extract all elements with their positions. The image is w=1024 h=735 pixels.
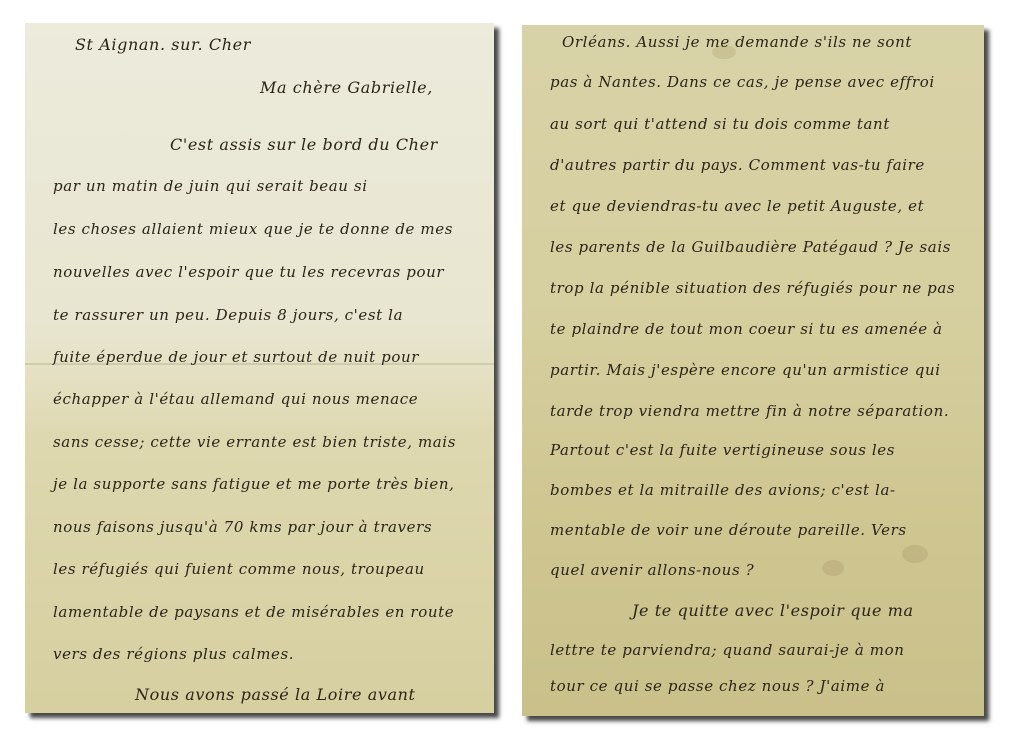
text-line: tarde trop viendra mettre fin à notre sé…: [550, 402, 966, 420]
text-line: trop la pénible situation des réfugiés p…: [550, 279, 966, 297]
text-line: au sort qui t'attend si tu dois comme ta…: [550, 115, 966, 133]
letter-page-1: St Aignan. sur. Cher Ma chère Gabrielle,…: [25, 23, 494, 713]
letter-salutation: Ma chère Gabrielle,: [260, 78, 476, 97]
page-1-text: St Aignan. sur. Cher Ma chère Gabrielle,…: [25, 23, 494, 713]
text-line: je la supporte sans fatigue et me porte …: [53, 475, 476, 493]
letter-page-2: Orléans. Aussi je me demande s'ils ne so…: [522, 25, 984, 716]
text-line: vers des régions plus calmes.: [53, 645, 476, 663]
text-line: bombes et la mitraille des avions; c'est…: [550, 481, 966, 499]
text-line: nous faisons jusqu'à 70 kms par jour à t…: [53, 518, 476, 536]
text-line: pas à Nantes. Dans ce cas, je pense avec…: [550, 73, 966, 91]
text-line: fuite éperdue de jour et surtout de nuit…: [53, 348, 476, 366]
text-line: Je te quitte avec l'espoir que ma: [632, 601, 966, 620]
text-line: sans cesse; cette vie errante est bien t…: [53, 433, 476, 451]
text-line: mentable de voir une déroute pareille. V…: [550, 521, 966, 539]
text-line: C'est assis sur le bord du Cher: [170, 135, 476, 154]
text-line: les choses allaient mieux que je te donn…: [53, 220, 476, 238]
text-line: d'autres partir du pays. Comment vas-tu …: [550, 156, 966, 174]
text-line: Orléans. Aussi je me demande s'ils ne so…: [562, 33, 966, 51]
text-line: te rassurer un peu. Depuis 8 jours, c'es…: [53, 306, 476, 324]
text-line: te plaindre de tout mon coeur si tu es a…: [550, 320, 966, 338]
text-line: les réfugiés qui fuient comme nous, trou…: [53, 560, 476, 578]
text-line: les parents de la Guilbaudière Patégaud …: [550, 238, 966, 256]
page-2-text: Orléans. Aussi je me demande s'ils ne so…: [522, 25, 984, 716]
text-line: Nous avons passé la Loire avant: [135, 685, 476, 704]
text-line: nouvelles avec l'espoir que tu les recev…: [53, 263, 476, 281]
text-line: lettre te parviendra; quand saurai-je à …: [550, 641, 966, 659]
text-line: par un matin de juin qui serait beau si: [53, 177, 476, 195]
text-line: lamentable de paysans et de misérables e…: [53, 603, 476, 621]
text-line: tour ce qui se passe chez nous ? J'aime …: [550, 677, 966, 695]
letter-header-place: St Aignan. sur. Cher: [75, 35, 476, 54]
text-line: échapper à l'étau allemand qui nous mena…: [53, 390, 476, 408]
text-line: partir. Mais j'espère encore qu'un armis…: [550, 361, 966, 379]
text-line: quel avenir allons-nous ?: [550, 561, 966, 579]
text-line: Partout c'est la fuite vertigineuse sous…: [550, 441, 966, 459]
text-line: et que deviendras-tu avec le petit Augus…: [550, 197, 966, 215]
